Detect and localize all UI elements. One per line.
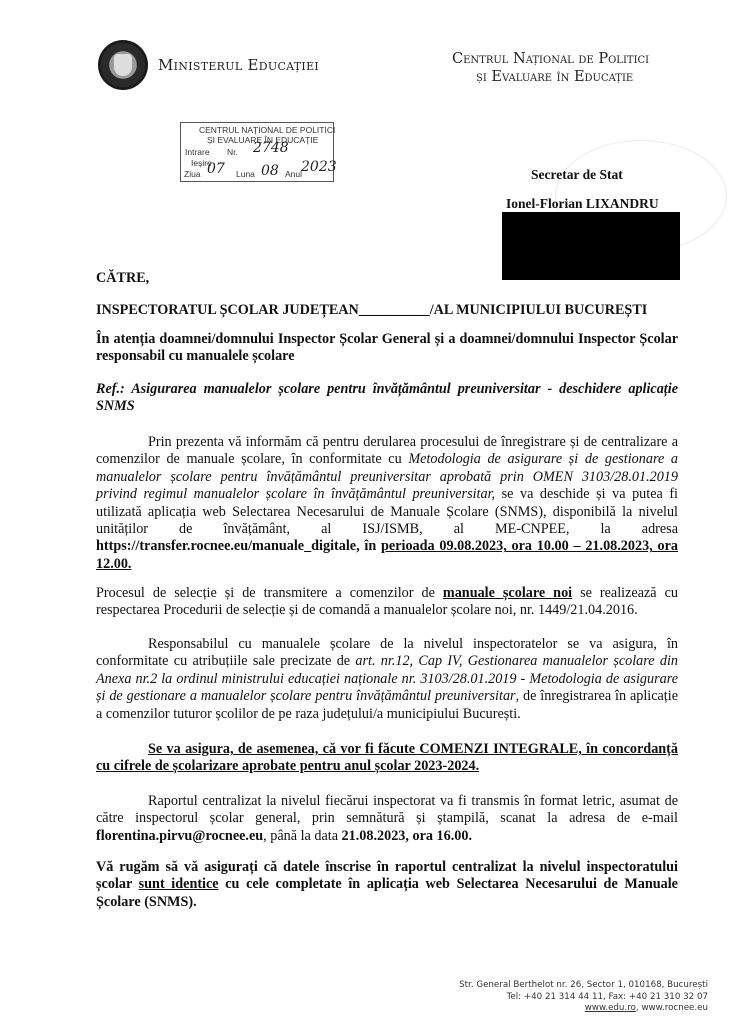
signatory-name: Ionel-Florian LIXANDRU xyxy=(506,196,659,212)
registration-stamp: CENTRUL NAȚIONAL DE POLITICI ȘI EVALUARE… xyxy=(180,122,334,182)
p2-text-a: Procesul de selecție și de transmitere a… xyxy=(96,585,443,601)
paragraph-centralized-report: Raportul centralizat la nivelul fiecărui… xyxy=(96,793,678,845)
footer-websites: www.edu.ro, www.rocnee.eu xyxy=(459,1003,708,1015)
stamp-anul-value: 2023 xyxy=(301,159,337,175)
paragraph-application-opening: Prin prezenta vă informăm că pentru deru… xyxy=(96,434,678,573)
contact-email-link[interactable]: florentina.pirvu@rocnee.eu xyxy=(96,828,263,844)
cnpee-line-1: Centrul Național de Politici xyxy=(452,50,649,68)
ministry-name: Ministerul Educației xyxy=(158,56,319,74)
paragraph-selection-procedure: Procesul de selecție și de transmitere a… xyxy=(96,585,678,620)
footer-contact: Str. General Berthelot nr. 26, Sector 1,… xyxy=(459,980,708,1015)
ministry-header: Ministerul Educației xyxy=(98,40,319,90)
p5-deadline: 21.08.2023, ora 16.00. xyxy=(342,828,472,844)
signatory-title: Secretar de Stat xyxy=(531,167,623,183)
p6-identical: sunt identice xyxy=(139,876,219,892)
addressee-label: CĂTRE, xyxy=(96,270,678,287)
stamp-luna-label: Luna xyxy=(236,169,255,179)
p5-text-a: Raportul centralizat la nivelul fiecărui… xyxy=(96,793,678,826)
snms-url-link[interactable]: https://transfer.rocnee.eu/manuale_digit… xyxy=(96,538,356,554)
reference-line: Ref.: Asigurarea manualelor școlare pent… xyxy=(96,381,678,416)
p5-text-b: , până la data xyxy=(263,828,341,844)
paragraph-responsible-person: Responsabilul cu manualele școlare de la… xyxy=(96,636,678,723)
paragraph-data-consistency: Vă rugăm să vă asigurați că datele înscr… xyxy=(96,859,678,911)
cnpee-line-2: și Evaluare în Educație xyxy=(452,68,649,86)
p1-text-d: , în xyxy=(356,538,381,554)
addressee-institution: INSPECTORATUL ȘCOLAR JUDEȚEAN__________/… xyxy=(96,302,696,319)
footer-web-rocnee-link[interactable]: www.rocnee.eu xyxy=(641,1003,708,1013)
paragraph-integral-orders: Se va asigura, de asemenea, că vor fi fă… xyxy=(96,741,678,776)
stamp-ziua-label: Ziua xyxy=(184,169,201,179)
stamp-anul-label: Anul xyxy=(285,169,302,179)
stamp-ziua-value: 07 xyxy=(207,161,225,177)
footer-web-edu-link[interactable]: www.edu.ro xyxy=(585,1003,636,1013)
government-seal-icon xyxy=(98,40,148,90)
footer-address: Str. General Berthelot nr. 26, Sector 1,… xyxy=(459,980,708,992)
stamp-intrare-label: Intrare xyxy=(185,147,210,157)
footer-phone: Tel: +40 21 314 44 11, Fax: +40 21 310 3… xyxy=(459,992,708,1004)
cnpee-header: Centrul Național de Politici și Evaluare… xyxy=(452,50,649,86)
stamp-nr-label: Nr. xyxy=(227,147,238,157)
stamp-luna-value: 08 xyxy=(261,163,279,179)
attention-line: În atenția doamnei/domnului Inspector Șc… xyxy=(96,331,678,366)
stamp-nr-value: 2748 xyxy=(253,140,289,156)
stamp-line-1: CENTRUL NAȚIONAL DE POLITICI xyxy=(199,125,335,135)
p2-new-textbooks: manuale școlare noi xyxy=(443,585,572,601)
